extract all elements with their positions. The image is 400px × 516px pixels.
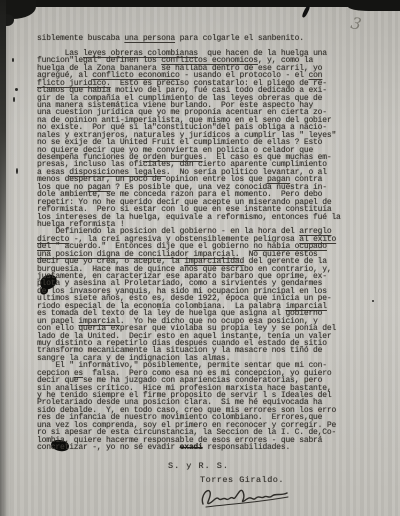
scan-top-edge <box>0 0 400 7</box>
handwritten-signature-icon <box>196 484 296 510</box>
text: siblemente buscaba <box>37 34 124 43</box>
scanned-document-page: 3 siblemente buscaba una persona para co… <box>0 0 400 516</box>
ink-speck <box>13 97 15 102</box>
document-line: concretizar -, yo no sé evadir exadi res… <box>37 444 385 451</box>
scan-top-right-edge <box>348 0 400 11</box>
closing-salutation: S. y R. S. <box>168 461 229 471</box>
struck-text: exadi <box>180 443 203 452</box>
text: para colgarle el sanbenito. <box>175 34 304 43</box>
text: responsabilidades. <box>203 443 290 452</box>
scan-left-edge-dark-strip <box>0 0 6 290</box>
underlined-text: una persona <box>124 34 175 43</box>
ink-speck <box>16 168 18 174</box>
ink-speck <box>12 58 14 62</box>
document-line: siblemente buscaba una persona para colg… <box>37 35 385 42</box>
ink-speck <box>15 88 18 91</box>
document-body-text: siblemente buscaba una persona para colg… <box>37 35 385 452</box>
handwritten-page-number: 3 <box>349 13 363 34</box>
text: concretizar -, yo no sé evadir <box>37 443 180 452</box>
